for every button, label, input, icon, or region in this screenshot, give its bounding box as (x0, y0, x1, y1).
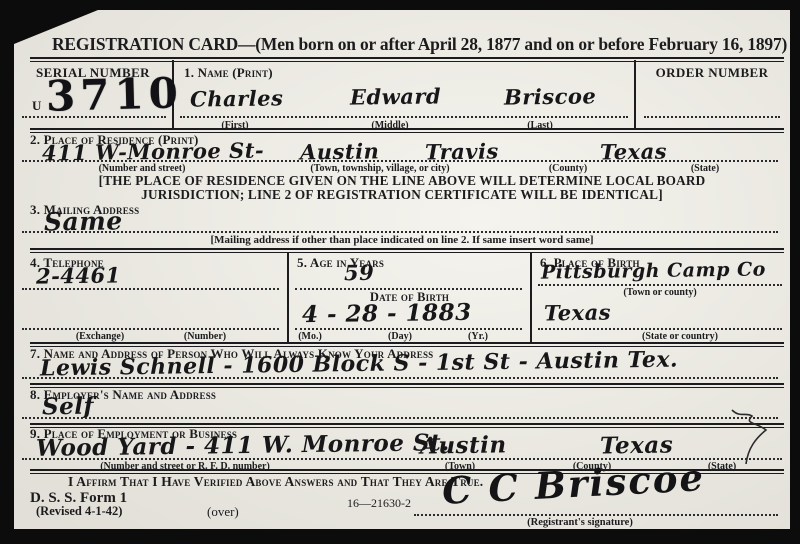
scan-edge-bottom (0, 529, 800, 544)
employer-line (22, 417, 778, 419)
print-code: 16—21630-2 (347, 496, 411, 511)
telephone-exchange-sublabel: (Exchange) (40, 331, 160, 342)
dob-day-sublabel: (Day) (360, 331, 440, 342)
jurisdiction-notice-line2: JURISDICTION; LINE 2 OF REGISTRATION CER… (22, 187, 782, 203)
birth-town-sublabel: (Town or county) (570, 287, 750, 298)
signature-line (414, 514, 778, 516)
form-revision: (Revised 4-1-42) (36, 504, 122, 519)
dob-year-sublabel: (Yr.) (448, 331, 508, 342)
over-note: (over) (207, 504, 239, 520)
telephone-line2 (22, 328, 279, 330)
employment-town-handwriting: Austin (420, 431, 507, 459)
scanned-registration-card: { "title": "REGISTRATION CARD—(Men born … (0, 0, 800, 544)
telephone-line (22, 288, 279, 290)
employment-street-handwriting: Wood Yard - 411 W. Monroe St. (36, 429, 450, 462)
birth-state-handwriting: Texas (544, 300, 611, 326)
name-line (180, 116, 628, 118)
telephone-handwriting: 2-4461 (36, 262, 121, 288)
card-title: REGISTRATION CARD—(Men born on or after … (52, 34, 787, 55)
divider-age-birth (530, 252, 532, 342)
mailing-line (22, 231, 778, 233)
residence-line (22, 160, 778, 162)
dob-line (295, 328, 522, 330)
rule-under-mailing (30, 248, 784, 253)
birth-town-line (538, 284, 782, 286)
scan-edge-left (0, 0, 14, 544)
divider-telephone-age (287, 252, 289, 342)
telephone-number-sublabel: (Number) (145, 331, 265, 342)
order-number-label: ORDER NUMBER (634, 65, 790, 81)
birth-town-handwriting: Pittsburgh Camp Co (541, 258, 766, 283)
rule-under-title (30, 57, 784, 62)
affirmation-text: I Affirm That I Have Verified Above Answ… (68, 474, 483, 490)
ink-flourish (726, 408, 776, 468)
order-number-line (644, 116, 780, 118)
scan-edge-right (792, 0, 800, 544)
name-middle-handwriting: Edward (350, 83, 441, 109)
signature-sublabel: (Registrant's signature) (470, 517, 690, 528)
age-handwriting: 59 (344, 260, 375, 285)
name-label: 1. Name (Print) (184, 65, 273, 81)
mailing-note: [Mailing address if other than place ind… (14, 234, 790, 246)
registration-card: REGISTRATION CARD—(Men born on or after … (14, 10, 790, 529)
name-last-handwriting: Briscoe (504, 83, 597, 109)
birth-state-line (538, 328, 782, 330)
dob-handwriting: 4 - 28 - 1883 (302, 299, 472, 328)
employment-state-handwriting: Texas (600, 431, 674, 459)
birth-state-sublabel: (State or country) (590, 331, 770, 342)
contact-line (22, 377, 778, 379)
name-first-handwriting: Charles (190, 85, 284, 111)
serial-prefix: U (32, 98, 41, 114)
dob-month-sublabel: (Mo.) (280, 331, 340, 342)
serial-number-stamp: 3710 (45, 68, 183, 121)
